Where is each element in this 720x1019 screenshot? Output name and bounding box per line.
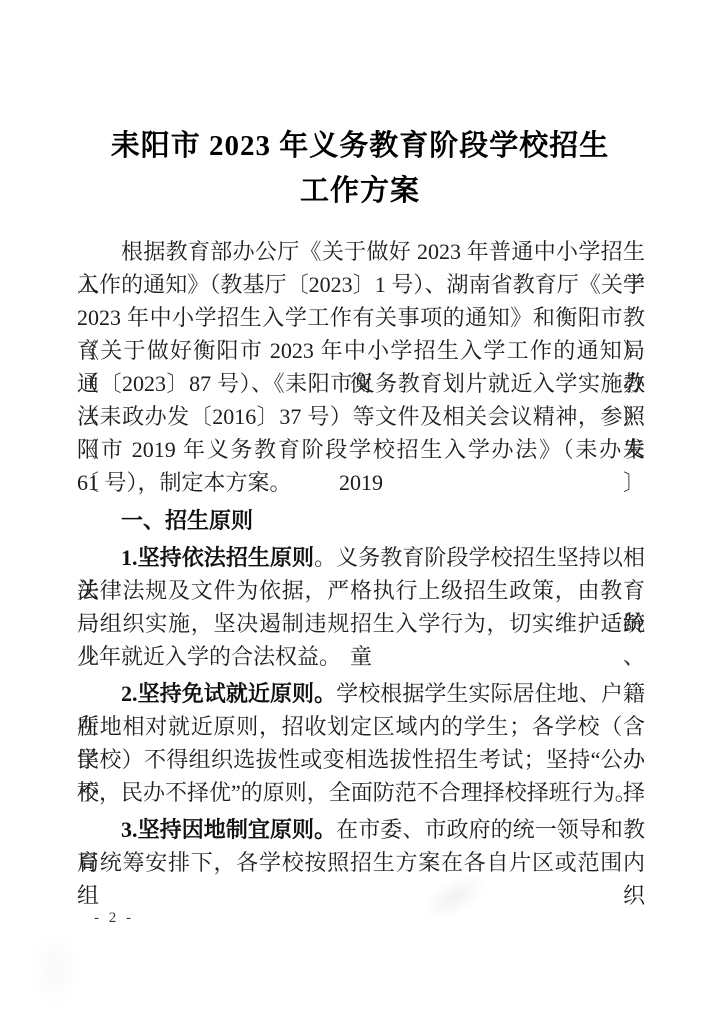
text-line: 通〔2023〕87 号）、《耒阳市义务教育划片就近入学实施办法》 xyxy=(77,367,645,400)
text-line: 一组织实施，坚决遏制违规招生入学行为，切实维护适龄儿童、 xyxy=(77,607,645,640)
text-line: 一、招生原则 xyxy=(77,504,645,537)
paragraph: 1.坚持依法招生原则。义务教育阶段学校招生坚持以相关法律法规及文件为依据，严格执… xyxy=(77,541,645,673)
bold-text-run: 一、招生原则 xyxy=(121,508,253,533)
text-line: 3.坚持因地制宜原则。在市委、市政府的统一领导和教育 xyxy=(77,813,645,846)
text-line: 1.坚持依法招生原则。义务教育阶段学校招生坚持以相关 xyxy=(77,541,645,574)
paragraph: 根据教育部办公厅《关于做好 2023 年普通中小学招生入学工作的通知》（教基厅〔… xyxy=(77,235,645,499)
document-body: 根据教育部办公厅《关于做好 2023 年普通中小学招生入学工作的通知》（教基厅〔… xyxy=(77,235,645,879)
text-line: 校，民办不择优”的原则，全面防范不合理择校择班行为。 xyxy=(77,776,645,809)
text-run: 61 号），制定本方案。 xyxy=(77,470,292,495)
bold-text-run: 3.坚持因地制宜原则。 xyxy=(121,817,336,842)
document-title-line-2: 工作方案 xyxy=(0,169,720,214)
text-line: 法律法规及文件为依据，严格执行上级招生政策，由教育局统 xyxy=(77,574,645,607)
text-line: 2023 年中小学招生入学工作有关事项的通知》和衡阳市教育局 xyxy=(77,301,645,334)
text-run: 局统筹安排下，各学校按照招生方案在各自片区或范围内组织 xyxy=(77,850,645,908)
text-run: 校，民办不择优”的原则，全面防范不合理择校择班行为。 xyxy=(77,780,637,805)
scan-smudge xyxy=(30,930,80,1010)
text-line: （耒政办发〔2016〕37 号）等文件及相关会议精神，参照《耒 xyxy=(77,400,645,433)
text-run: 少年就近入学的合法权益。 xyxy=(77,644,341,669)
text-line: 《关于做好衡阳市 2023 年中小学招生入学工作的通知》（衡教 xyxy=(77,334,645,367)
paragraph: 3.坚持因地制宜原则。在市委、市政府的统一领导和教育局统筹安排下，各学校按照招生… xyxy=(77,813,645,879)
bold-text-run: 2.坚持免试就近原则。 xyxy=(121,681,336,706)
paragraph: 2.坚持免试就近原则。学校根据学生实际居住地、户籍所在地相对就近原则，招收划定区… xyxy=(77,677,645,809)
text-line: 2.坚持免试就近原则。学校根据学生实际居住地、户籍所 xyxy=(77,677,645,710)
text-line: 工作的通知》（教基厅〔2023〕1 号）、湖南省教育厅《关于 xyxy=(77,268,645,301)
page-number: - 2 - xyxy=(94,910,134,927)
text-line: 阳市 2019 年义务教育阶段学校招生入学办法》（耒办发〔2019〕 xyxy=(77,433,645,466)
section-heading: 一、招生原则 xyxy=(77,504,645,537)
text-line: 局统筹安排下，各学校按照招生方案在各自片区或范围内组织 xyxy=(77,846,645,879)
document-page: 耒阳市 2023 年义务教育阶段学校招生 工作方案 根据教育部办公厅《关于做好 … xyxy=(0,0,720,1019)
text-line: 学校）不得组织选拔性或变相选拔性招生考试；坚持“公办不择 xyxy=(77,743,645,776)
document-title: 耒阳市 2023 年义务教育阶段学校招生 工作方案 xyxy=(0,124,720,214)
bold-text-run: 1.坚持依法招生原则 xyxy=(121,545,314,570)
document-title-line-1: 耒阳市 2023 年义务教育阶段学校招生 xyxy=(0,124,720,169)
text-run: 工作的通知》（教基厅〔2023〕1 号）、湖南省教育厅《关于 xyxy=(77,272,645,297)
text-line: 根据教育部办公厅《关于做好 2023 年普通中小学招生入学 xyxy=(77,235,645,268)
text-line: 在地相对就近原则，招收划定区域内的学生；各学校（含民办 xyxy=(77,710,645,743)
